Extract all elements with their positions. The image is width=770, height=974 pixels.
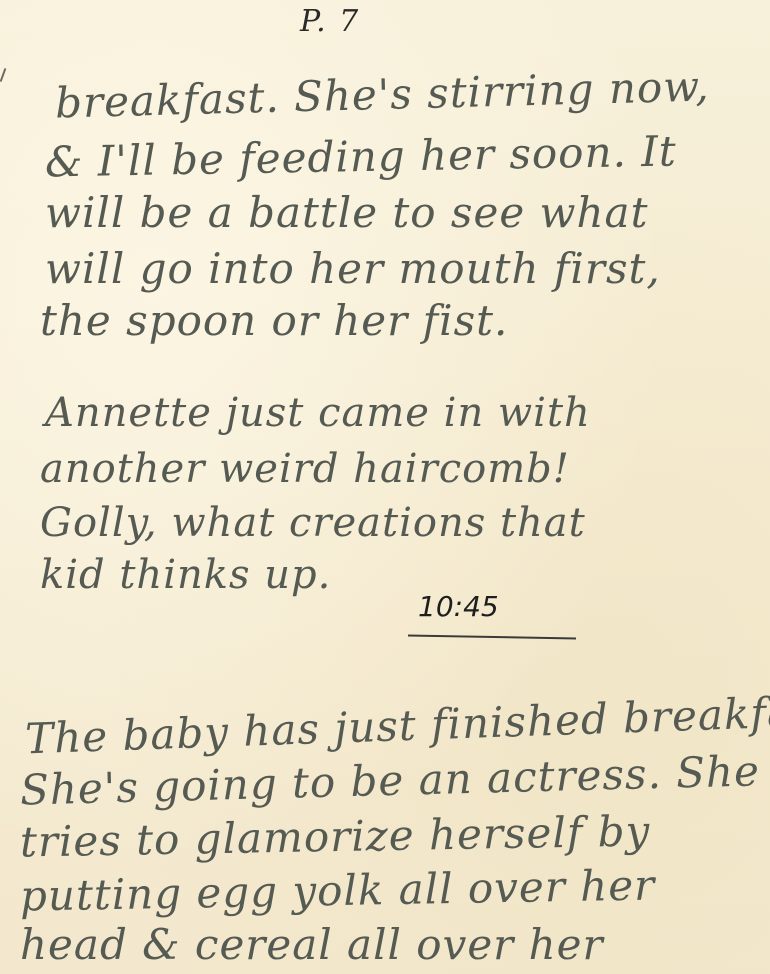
text-line: will be a battle to see what xyxy=(45,188,648,237)
text-line: another weird haircomb! xyxy=(40,446,570,492)
margin-mark xyxy=(0,68,6,82)
letter-page: P. 7 breakfast. She's stirring now, & I'… xyxy=(0,0,770,974)
text-line: head & cereal all over her xyxy=(20,920,604,969)
text-line: breakfast. She's stirring now, xyxy=(54,61,710,127)
text-line: kid thinks up. xyxy=(40,552,331,598)
text-line: the spoon or her fist. xyxy=(40,296,508,345)
text-line: will go into her mouth first, xyxy=(45,244,661,293)
text-line: tries to glamorize herself by xyxy=(20,807,651,867)
timestamp: 10:45 xyxy=(418,590,499,623)
text-line: Annette just came in with xyxy=(45,390,591,436)
text-line: & I'll be feeding her soon. It xyxy=(45,126,677,186)
page-number: P. 7 xyxy=(300,4,360,39)
text-line: Golly, what creations that xyxy=(40,500,586,546)
text-line: putting egg yolk all over her xyxy=(20,860,656,920)
timestamp-underline xyxy=(408,635,576,640)
